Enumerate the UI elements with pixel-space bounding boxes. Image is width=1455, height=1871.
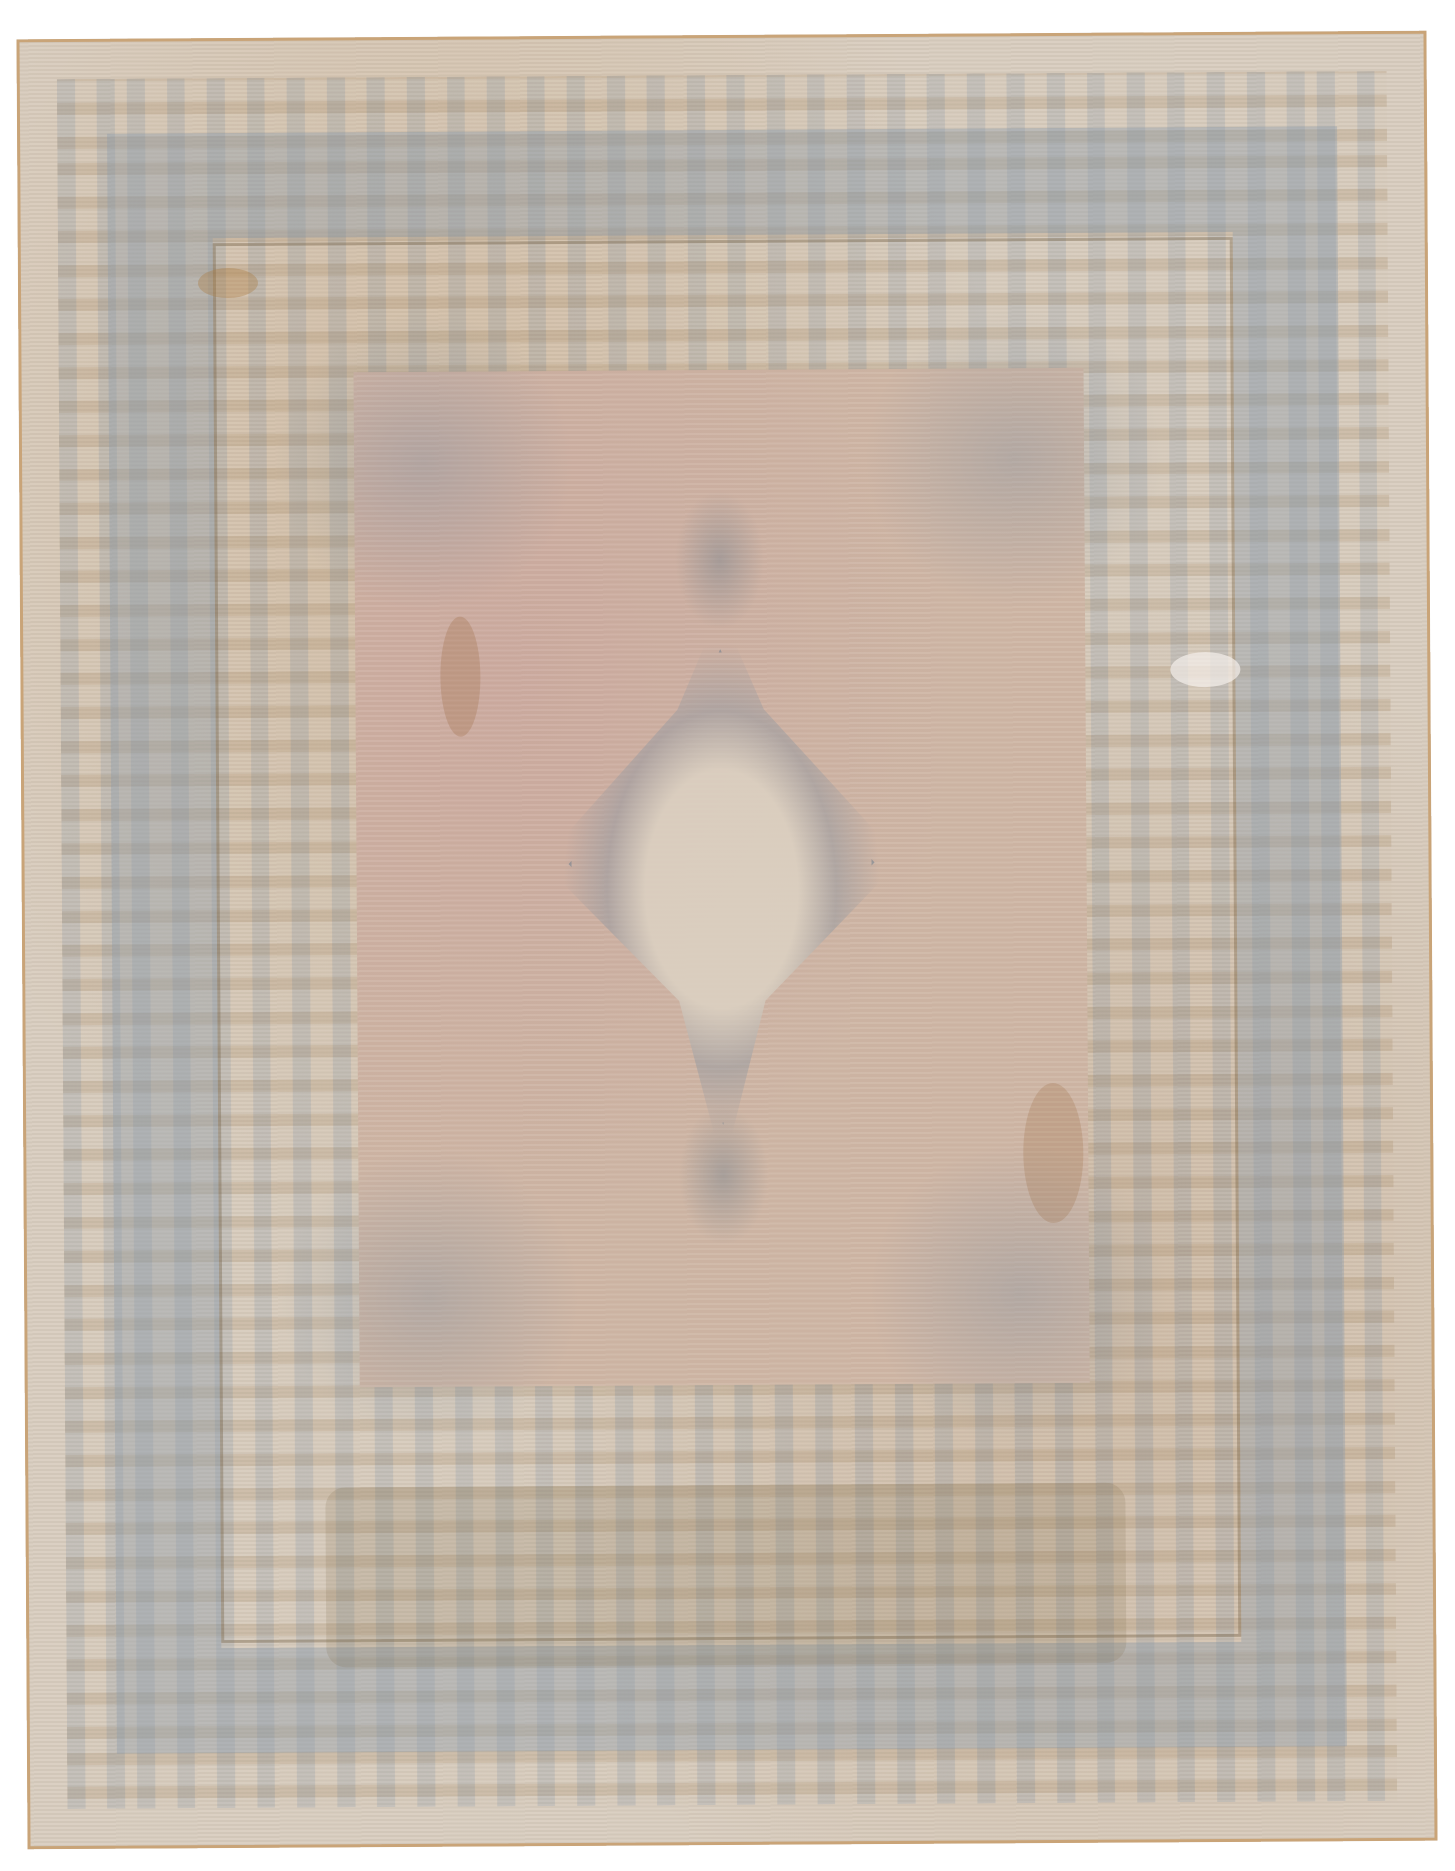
corner-spandrel-top-left [273,311,575,613]
corner-spandrel-top-right [863,307,1165,609]
wear-spot [1023,1083,1084,1223]
corner-spandrel-bottom-right [868,1142,1170,1444]
bottom-pendant [678,1105,769,1246]
corner-spandrel-bottom-left [278,1146,580,1448]
rug-field [354,368,1090,1387]
rug [16,31,1437,1850]
medallion-outline [567,648,876,1126]
top-pendant [674,490,765,631]
lower-border-pattern [325,1483,1126,1668]
wear-spot [440,617,481,737]
